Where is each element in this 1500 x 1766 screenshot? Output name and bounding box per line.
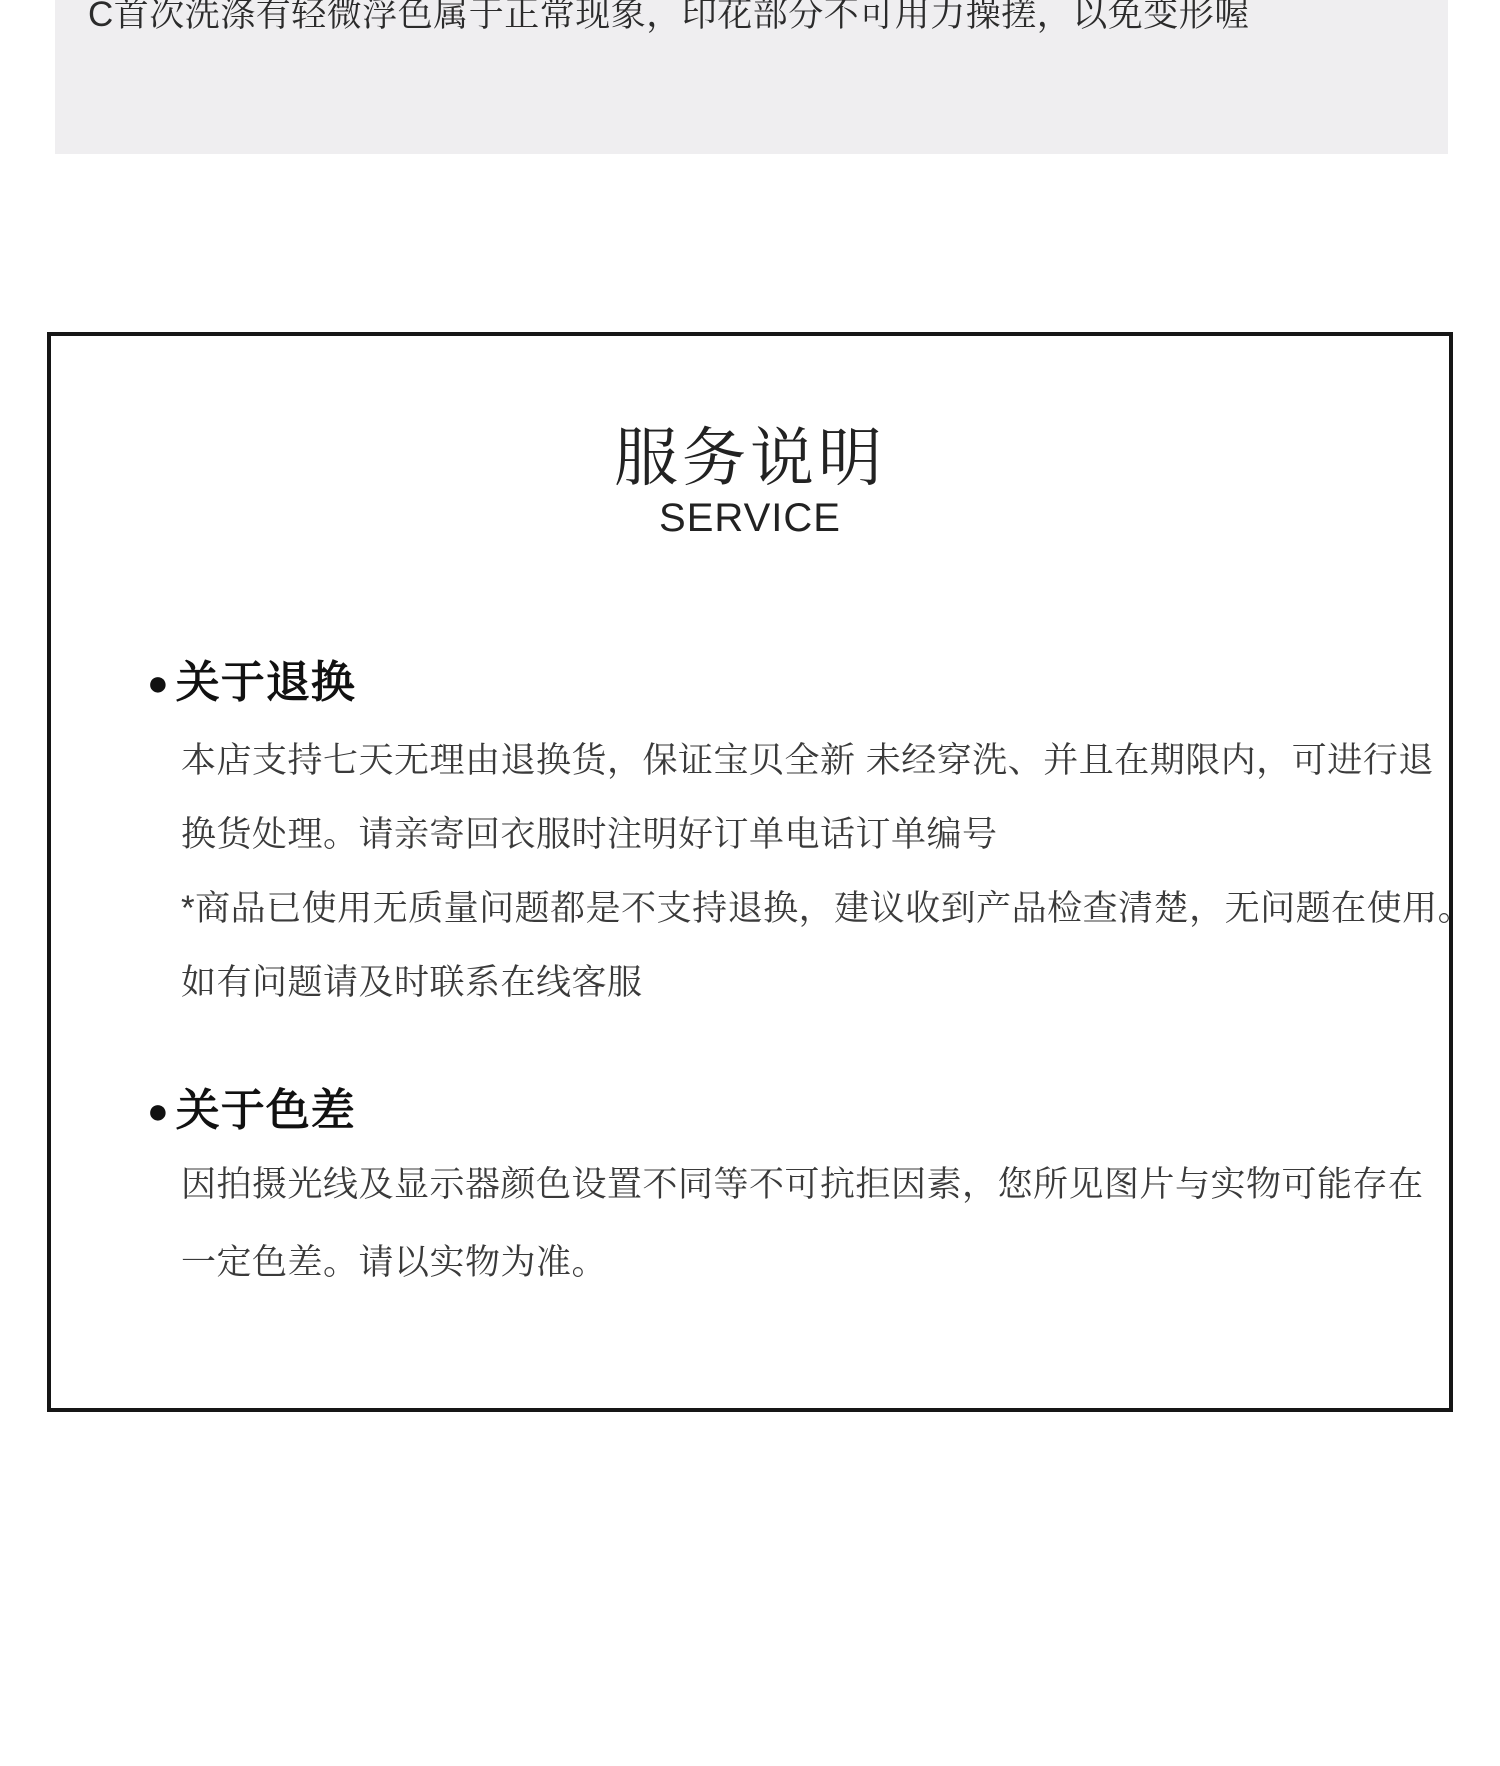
service-info-panel: 服务说明 SERVICE ● 关于退换 本店支持七天无理由退换货，保证宝贝全新 … [47,332,1453,1412]
returns-line-1: 本店支持七天无理由退换货，保证宝贝全新 未经穿洗、并且在期限内，可进行退 [181,740,1451,782]
service-subtitle: SERVICE [51,496,1449,540]
section-heading-color-difference: ● 关于色差 [147,1086,356,1136]
section-heading-returns-text: 关于退换 [176,658,356,708]
washing-notice-text: C首次洗涤有轻微浮色属于正常现象，印花部分不可用力操搓，以免变形喔 [88,0,1250,41]
returns-line-4: 如有问题请及时联系在线客服 [181,962,1451,1004]
color-difference-line-1: 因拍摄光线及显示器颜色设置不同等不可抗拒因素，您所见图片与实物可能存在 [181,1164,1451,1206]
washing-notice-strip: C首次洗涤有轻微浮色属于正常现象，印花部分不可用力操搓，以免变形喔 [55,0,1448,154]
returns-line-2: 换货处理。请亲寄回衣服时注明好订单电话订单编号 [181,814,1451,856]
bullet-icon: ● [147,1093,169,1129]
section-heading-color-difference-text: 关于色差 [176,1086,356,1136]
returns-line-3: *商品已使用无质量问题都是不支持退换，建议收到产品检查清楚，无问题在使用。 [181,888,1451,930]
color-difference-line-2: 一定色差。请以实物为准。 [181,1242,1451,1284]
bullet-icon: ● [147,665,169,701]
service-title: 服务说明 [51,426,1449,490]
product-detail-page: C首次洗涤有轻微浮色属于正常现象，印花部分不可用力操搓，以免变形喔 服务说明 S… [0,0,1500,1766]
section-heading-returns: ● 关于退换 [147,658,356,708]
